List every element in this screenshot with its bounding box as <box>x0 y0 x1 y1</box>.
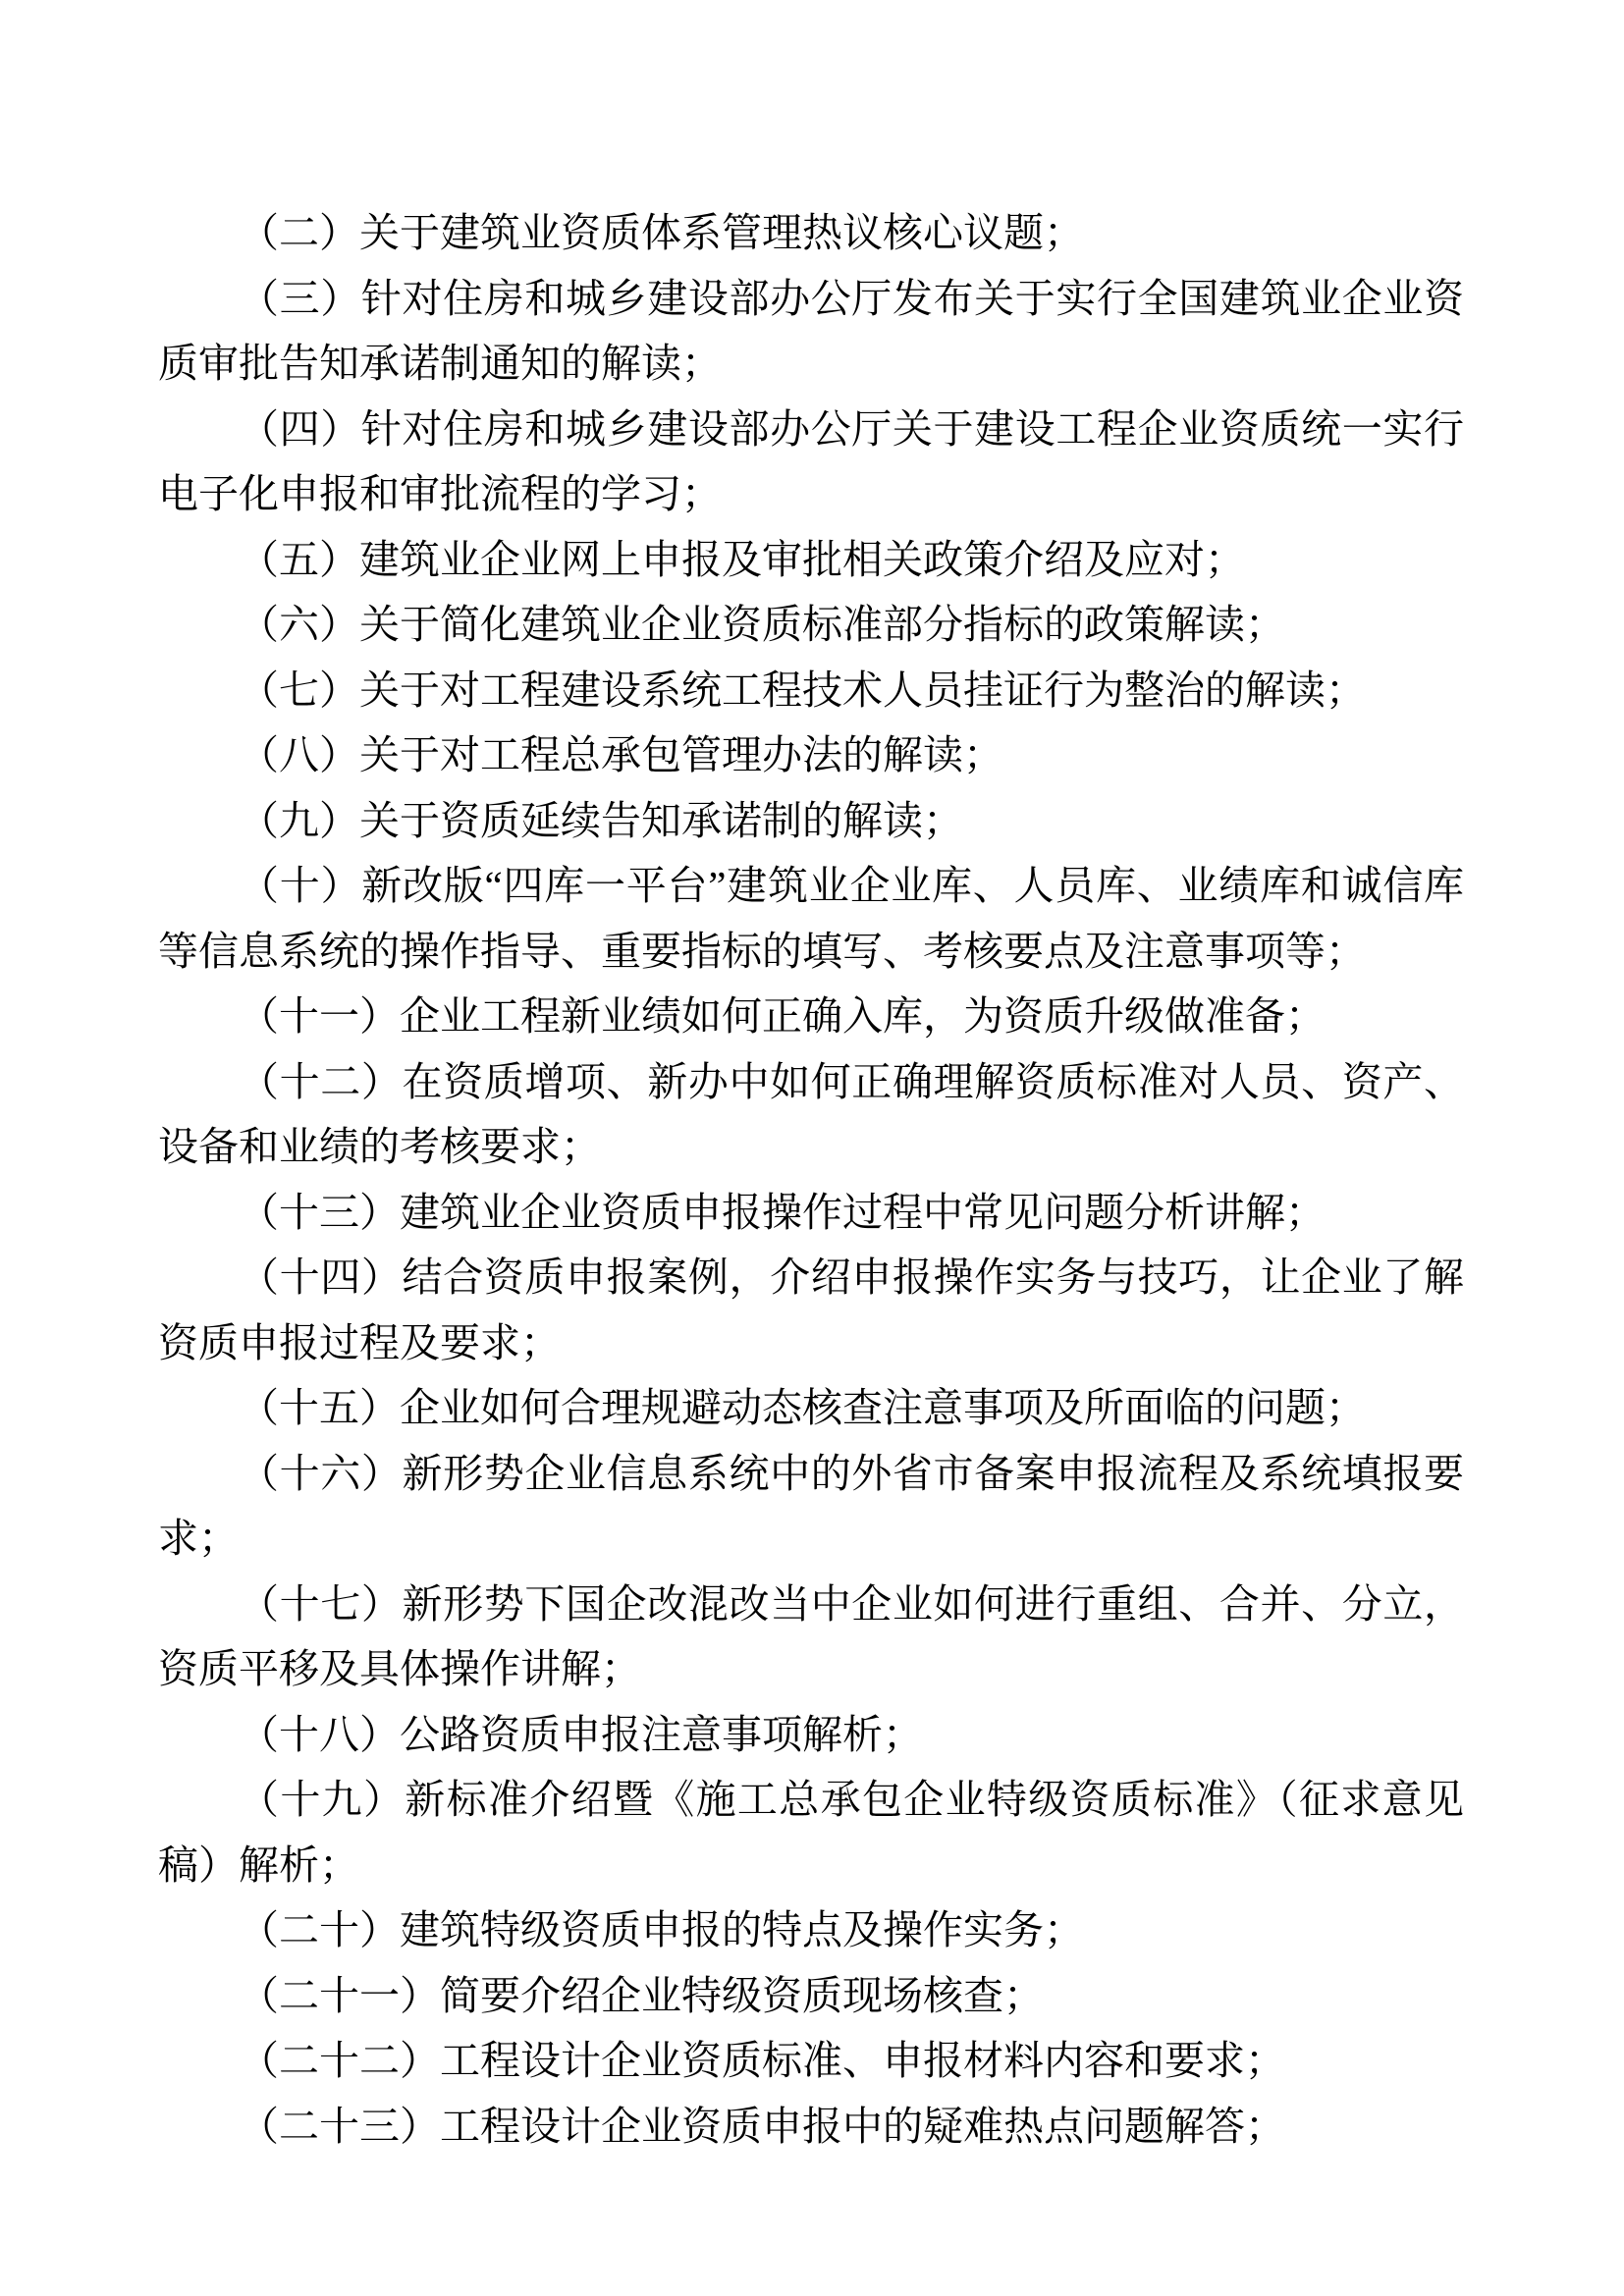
list-item: （十四）结合资质申报案例，介绍申报操作实务与技巧，让企业了解资质申报过程及要求； <box>158 1245 1464 1375</box>
list-item: （八）关于对工程总承包管理办法的解读； <box>158 722 1464 788</box>
list-item: （十七）新形势下国企改混改当中企业如何进行重组、合并、分立，资质平移及具体操作讲… <box>158 1572 1464 1702</box>
list-item: （三）针对住房和城乡建设部办公厅发布关于实行全国建筑业企业资质审批告知承诺制通知… <box>158 266 1464 397</box>
list-item: （十）新改版“四库一平台”建筑业企业库、人员库、业绩库和诚信库等信息系统的操作指… <box>158 853 1464 984</box>
list-item: （十九）新标准介绍暨《施工总承包企业特级资质标准》（征求意见稿）解析； <box>158 1767 1464 1897</box>
document-page: （二）关于建筑业资质体系管理热议核心议题； （三）针对住房和城乡建设部办公厅发布… <box>0 0 1624 2296</box>
list-item: （六）关于简化建筑业企业资质标准部分指标的政策解读； <box>158 592 1464 658</box>
list-item: （十二）在资质增项、新办中如何正确理解资质标准对人员、资产、设备和业绩的考核要求… <box>158 1049 1464 1180</box>
list-item: （二十三）工程设计企业资质申报中的疑难热点问题解答； <box>158 2094 1464 2160</box>
list-item: （十三）建筑业企业资质申报操作过程中常见问题分析讲解； <box>158 1180 1464 1246</box>
list-item: （二）关于建筑业资质体系管理热议核心议题； <box>158 200 1464 266</box>
list-item: （二十一）简要介绍企业特级资质现场核查； <box>158 1963 1464 2029</box>
document-body: （二）关于建筑业资质体系管理热议核心议题； （三）针对住房和城乡建设部办公厅发布… <box>158 200 1464 2159</box>
list-item: （十五）企业如何合理规避动态核查注意事项及所面临的问题； <box>158 1375 1464 1441</box>
list-item: （九）关于资质延续告知承诺制的解读； <box>158 788 1464 854</box>
list-item: （四）针对住房和城乡建设部办公厅关于建设工程企业资质统一实行电子化申报和审批流程… <box>158 397 1464 527</box>
list-item: （十一）企业工程新业绩如何正确入库，为资质升级做准备； <box>158 984 1464 1049</box>
list-item: （十六）新形势企业信息系统中的外省市备案申报流程及系统填报要求； <box>158 1441 1464 1572</box>
list-item: （七）关于对工程建设系统工程技术人员挂证行为整治的解读； <box>158 658 1464 723</box>
list-item: （二十）建筑特级资质申报的特点及操作实务； <box>158 1897 1464 1963</box>
list-item: （十八）公路资质申报注意事项解析； <box>158 1702 1464 1768</box>
list-item: （二十二）工程设计企业资质标准、申报材料内容和要求； <box>158 2028 1464 2094</box>
list-item: （五）建筑业企业网上申报及审批相关政策介绍及应对； <box>158 527 1464 593</box>
